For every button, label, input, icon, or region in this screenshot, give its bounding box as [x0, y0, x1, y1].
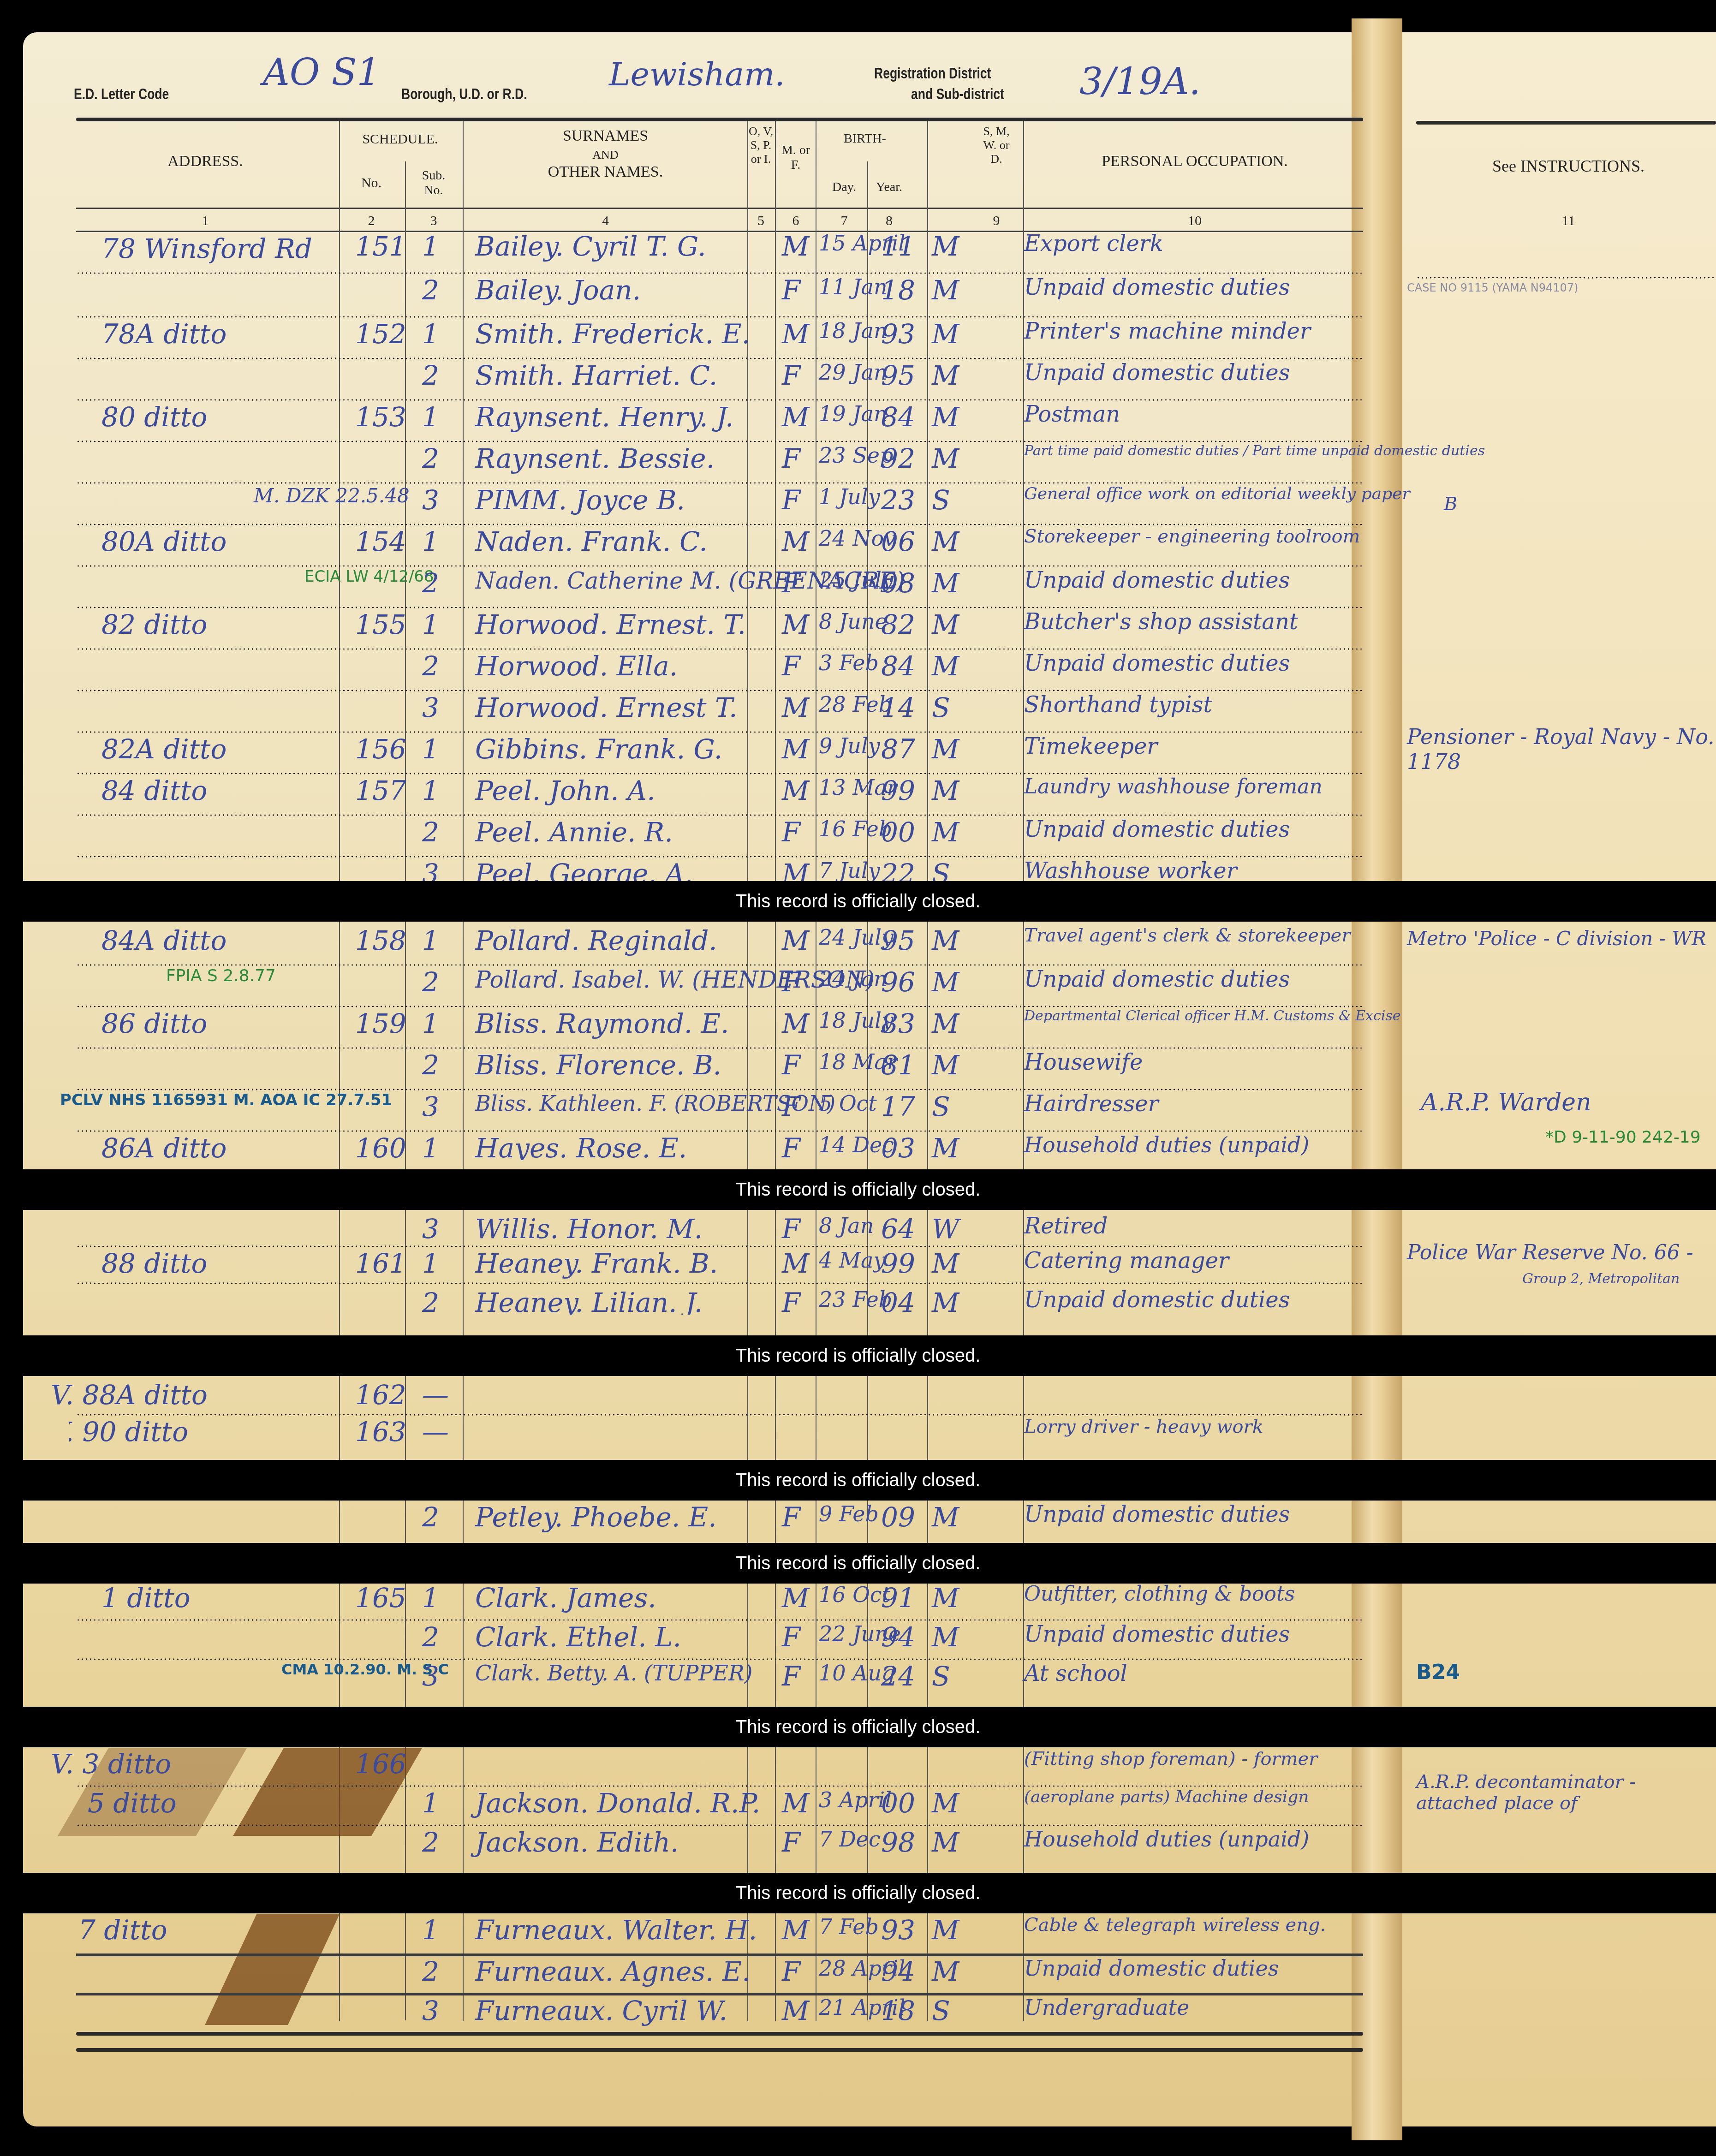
- closed-record-banner: This record is officially closed.: [0, 1169, 1716, 1210]
- closed-record-banner: This record is officially closed.: [0, 1543, 1716, 1584]
- census-row: V. 90 ditto 163 — Lorry driver - heavy w…: [69, 1416, 1370, 1453]
- census-row: 2 Peel. Annie. R. F 16 Feb 00 M Unpaid d…: [69, 816, 1370, 858]
- row-rule: [76, 482, 1363, 484]
- row-rule: [76, 814, 1363, 816]
- col-num-3: 3: [406, 213, 461, 229]
- census-row: 86A ditto 160 1 Hayes. Rose. E. F 14 Dec…: [69, 1132, 1370, 1160]
- col-header-status: S, M, W. or D.: [983, 125, 1010, 166]
- borough-label: Borough, U.D. or R.D.: [401, 85, 527, 103]
- col-header-day: Day.: [821, 180, 867, 195]
- header-rule: [76, 118, 1363, 121]
- census-row: 2 Horwood. Ella. F 3 Feb 84 M Unpaid dom…: [69, 650, 1370, 692]
- census-row: 3 Horwood. Ernest T. M 28 Feb 14 S Short…: [69, 692, 1370, 733]
- census-row: 1 ditto 165 1 Clark. James. M 16 Oct 91 …: [69, 1582, 1370, 1624]
- row-rule: [76, 399, 1363, 401]
- police-war-reserve-group-note: Group 2, Metropolitan: [1522, 1271, 1680, 1287]
- case-number-note: CASE NO 9115 (YAMA N94107): [1407, 281, 1578, 294]
- pensioner-note: Pensioner - Royal Navy - No. 1178: [1407, 724, 1716, 774]
- col-header-sched-sub: Sub.No.: [406, 168, 461, 198]
- row-rule: [76, 565, 1363, 567]
- census-row: 7 ditto 1 Furneaux. Walter. H. M 7 Feb 9…: [69, 1914, 1370, 1956]
- row-rule: [76, 1047, 1363, 1049]
- census-row: M. DZK 22.5.48 3 PIMM. Joyce B. F 1 July…: [69, 484, 1370, 526]
- row-rule: [76, 1089, 1363, 1090]
- closed-record-banner: This record is officially closed.: [0, 1460, 1716, 1501]
- col-num-10: 10: [1026, 213, 1363, 229]
- row-rule: [76, 1006, 1363, 1007]
- row-rule: [76, 1282, 1363, 1284]
- row-rule: [76, 1245, 1363, 1247]
- closed-record-banner: This record is officially closed.: [0, 1707, 1716, 1747]
- row-rule: [76, 964, 1363, 966]
- ed-letter-code-value: AO S1: [263, 51, 381, 94]
- row-rule: [76, 1130, 1363, 1132]
- row-rule: [76, 1824, 1363, 1826]
- col-num-1: 1: [76, 213, 334, 229]
- row-rule: [76, 690, 1363, 691]
- col-header-sched-no: No.: [339, 175, 404, 191]
- census-row: 2 Clark. Ethel. L. F 22 June 94 M Unpaid…: [69, 1621, 1370, 1663]
- arp-decontaminator-note: A.R.P. decontaminator - attached place o…: [1416, 1771, 1716, 1814]
- sub-district-label: and Sub-district: [911, 85, 1004, 103]
- subheader-rule: [76, 208, 1363, 209]
- row-rule: [76, 856, 1363, 858]
- row-rule: [76, 1785, 1363, 1787]
- census-row: 2 Bailey. Joan. F 11 Jan 18 M Unpaid dom…: [69, 274, 1370, 316]
- census-row: 3 Peel. George. A. M 7 July 22 S Washhou…: [69, 858, 1370, 881]
- col-num-2: 2: [339, 213, 404, 229]
- footer-rule: [76, 2048, 1363, 2052]
- col-header-schedule: SCHEDULE.: [339, 131, 461, 148]
- col-header-occupation: PERSONAL OCCUPATION.: [1026, 152, 1363, 170]
- census-row: V. 3 ditto 166 (Fitting shop foreman) - …: [69, 1748, 1370, 1790]
- closed-record-banner: This record is officially closed.: [0, 1335, 1716, 1376]
- mark-b: B: [1444, 494, 1457, 515]
- census-row: 80 ditto 153 1 Raynsent. Henry. J. M 19 …: [69, 401, 1370, 443]
- census-row: 82 ditto 155 1 Horwood. Ernest. T. M 8 J…: [69, 609, 1370, 650]
- row-rule: [76, 316, 1363, 318]
- census-row: 5 ditto 1 Jackson. Donald. R.P. M 3 Apri…: [69, 1787, 1370, 1829]
- row-rule: [76, 1619, 1363, 1621]
- row-rule: [76, 607, 1363, 608]
- col-header-ovspi: O, V, S, P. or I.: [748, 125, 774, 166]
- col-num-11: 11: [1421, 213, 1716, 229]
- row-rule: [76, 357, 1363, 359]
- row-rule: [76, 524, 1363, 525]
- census-row: 2 Smith. Harriet. C. F 29 Jan 95 M Unpai…: [69, 360, 1370, 401]
- col-header-address: ADDRESS.: [76, 152, 334, 170]
- police-war-reserve-note: Police War Reserve No. 66 -: [1407, 1241, 1693, 1264]
- col-header-birth: BIRTH-: [821, 131, 909, 146]
- row-rule: [76, 648, 1363, 650]
- col-num-7: 7: [821, 213, 867, 229]
- census-row: 2 Bliss. Florence. B. F 18 Mar 81 M Hous…: [69, 1049, 1370, 1091]
- census-row: 78A ditto 152 1 Smith. Frederick. E. M 1…: [69, 318, 1370, 360]
- borough-value: Lewisham.: [609, 55, 785, 93]
- census-row: 2 Furneaux. Agnes. E. F 28 April 94 M Un…: [69, 1956, 1370, 1997]
- header-rule-right: [1416, 121, 1716, 125]
- row-rule: [76, 1414, 1363, 1416]
- col-num-8: 8: [867, 213, 911, 229]
- census-row: 3 Furneaux. Cyril W. M 21 April 18 S Und…: [69, 1995, 1370, 2037]
- row-rule: [76, 2032, 1363, 2036]
- row-rule: [76, 1658, 1363, 1660]
- col-header-instructions: See INSTRUCTIONS.: [1421, 157, 1716, 176]
- census-row: CMA 10.2.90. M. S C 3 Clark. Betty. A. (…: [69, 1661, 1370, 1702]
- row-rule: [76, 731, 1363, 733]
- census-row: 78 Winsford Rd 151 1 Bailey. Cyril T. G.…: [69, 231, 1370, 272]
- b24-note: B24: [1416, 1661, 1460, 1684]
- death-mark-note: *D 9-11-90 242-19: [1545, 1128, 1701, 1147]
- census-row: 80A ditto 154 1 Naden. Frank. C. M 24 No…: [69, 526, 1370, 567]
- census-row: 86 ditto 159 1 Bliss. Raymond. E. M 18 J…: [69, 1008, 1370, 1049]
- reg-district-label: Registration District: [874, 65, 991, 83]
- col-num-4: 4: [464, 213, 747, 229]
- col-num-9: 9: [983, 213, 1010, 229]
- col-header-names: SURNAMESANDOTHER NAMES.: [464, 127, 747, 181]
- metro-police-note: Metro 'Police - C division - WR: [1407, 927, 1706, 950]
- row-rule: [76, 773, 1363, 774]
- census-row: 2 Heaney. Lilian. J. F 23 Feb 04 M Unpai…: [69, 1287, 1370, 1315]
- ed-letter-code-label: E.D. Letter Code: [74, 85, 169, 103]
- census-row: FPIA S 2.8.77 2 Pollard. Isabel. W. (HEN…: [69, 966, 1370, 1008]
- census-row: ECIA LW 4/12/68 2 Naden. Catherine M. (G…: [69, 567, 1370, 609]
- row-rule: [76, 441, 1363, 442]
- col-num-5: 5: [748, 213, 774, 229]
- census-row: 82A ditto 156 1 Gibbins. Frank. G. M 9 J…: [69, 733, 1370, 775]
- census-row: 2 Jackson. Edith. F 7 Dec 98 M Household…: [69, 1827, 1370, 1868]
- census-row: 84 ditto 157 1 Peel. John. A. M 13 Mar 9…: [69, 775, 1370, 816]
- col-num-6: 6: [777, 213, 814, 229]
- closed-record-banner: This record is officially closed.: [0, 1873, 1716, 1913]
- census-row: PCLV NHS 1165931 M. AOA IC 27.7.51 3 Bli…: [69, 1091, 1370, 1132]
- census-row: 2 Petley. Phoebe. E. F 9 Feb 09 M Unpaid…: [69, 1501, 1370, 1543]
- census-row: 2 Raynsent. Bessie. F 23 Sep 92 M Part t…: [69, 443, 1370, 484]
- arp-warden-note: A.R.P. Warden: [1421, 1089, 1591, 1116]
- row-rule: [76, 272, 1363, 274]
- row-rule: [1416, 277, 1716, 279]
- closed-record-banner: This record is officially closed.: [0, 881, 1716, 922]
- col-header-sex: M. or F.: [777, 143, 814, 173]
- census-row: 84A ditto 158 1 Pollard. Reginald. M 24 …: [69, 925, 1370, 966]
- col-header-year: Year.: [867, 180, 911, 195]
- reg-district-value: 3/19A.: [1079, 60, 1201, 103]
